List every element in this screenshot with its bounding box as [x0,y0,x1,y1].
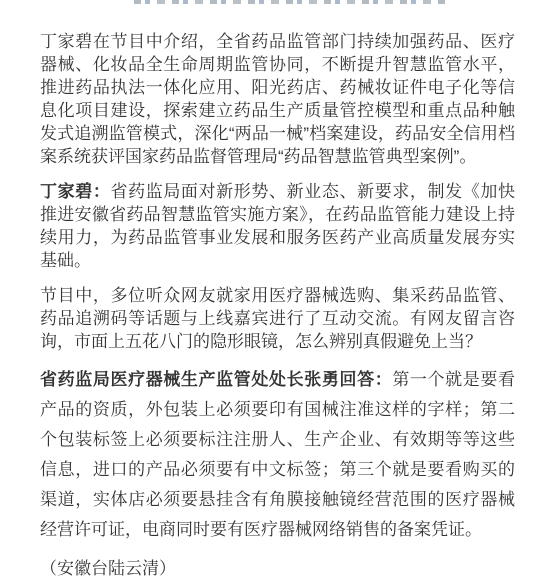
paragraph-text: 丁家碧在节目中介绍，全省药品监管部门持续加强药品、医疗器械、化妆品全生命周期监管… [40,32,515,166]
paragraph-answer-zhangyong: 省药监局医疗器械生产监管处处长张勇回答：第一个就是要看产品的资质，外包装上必须要… [40,365,515,545]
paragraph-speaker-dingjiabi: 丁家碧：省药监局面对新形势、新业态、新要求，制发《加快推进安徽省药品智慧监管实施… [40,180,515,272]
paragraph-text: 节目中，多位听众网友就家用医疗器械选购、集采药品监管、药品追溯码等话题与上线嘉宾… [40,286,515,351]
article-page: 丁家碧在节目中介绍，全省药品监管部门持续加强药品、医疗器械、化妆品全生命周期监管… [0,0,554,578]
paragraph-audience-question: 节目中，多位听众网友就家用医疗器械选购、集采药品监管、药品追溯码等话题与上线嘉宾… [40,284,515,353]
speaker-label: 省药监局医疗器械生产监管处处长张勇回答： [40,370,392,389]
credit-line: （安徽台陆云清） [40,557,515,578]
paragraph-intro: 丁家碧在节目中介绍，全省药品监管部门持续加强药品、医疗器械、化妆品全生命周期监管… [40,30,515,168]
speaker-label: 丁家碧： [40,182,110,201]
article-body: 丁家碧在节目中介绍，全省药品监管部门持续加强药品、医疗器械、化妆品全生命周期监管… [0,0,554,578]
paragraph-text: 省药监局面对新形势、新业态、新要求，制发《加快推进安徽省药品智慧监管实施方案》，… [40,182,515,270]
paragraph-text: 第一个就是要看产品的资质，外包装上必须要印有国械注准这样的字样；第二个包装标签上… [40,370,515,539]
